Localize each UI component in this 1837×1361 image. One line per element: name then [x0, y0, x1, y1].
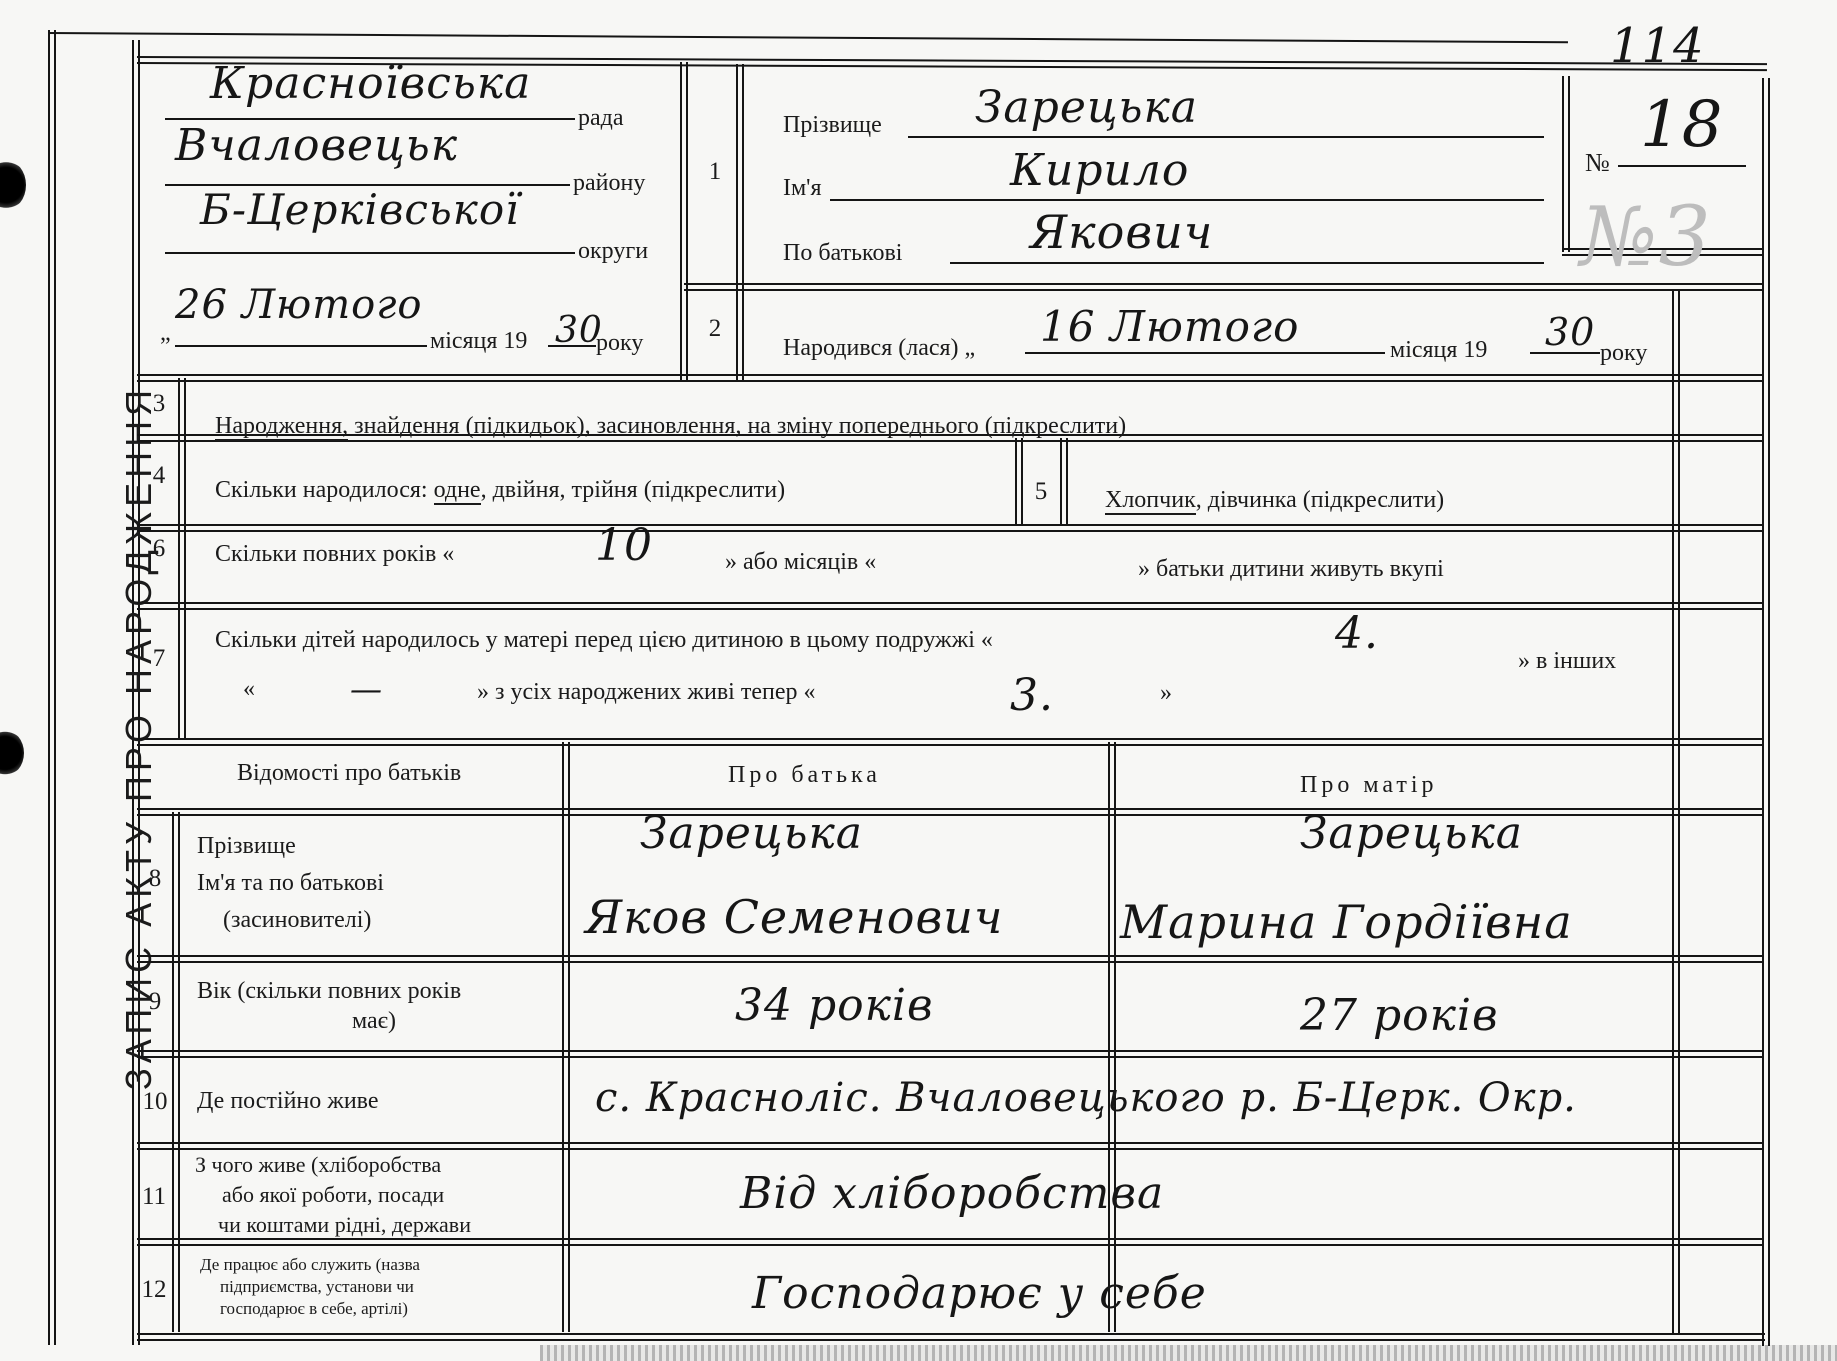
- father-surname: Зарецька: [640, 808, 863, 859]
- row9-label-line2: має): [352, 1008, 396, 1035]
- child-patronymic: Якович: [1030, 205, 1213, 259]
- punch-hole: [0, 160, 26, 210]
- parents-num-col-divider: [172, 812, 180, 1332]
- outer-top-border: [48, 32, 1568, 43]
- year-label: року: [596, 330, 643, 357]
- row8-label-line2: Ім'я та по батькові: [197, 870, 384, 897]
- date-line: [175, 345, 427, 347]
- children-other-marriage: —: [350, 670, 383, 708]
- row7-line1: Скільки дітей народилось у матері перед …: [215, 627, 993, 654]
- record-number-line: [1618, 165, 1746, 167]
- row7-bottom-line: [137, 738, 1764, 746]
- row12-label-line3: господарює в себе, артілі): [220, 1298, 408, 1320]
- main-right-border: [1762, 78, 1770, 1346]
- number-col-divider: [736, 64, 744, 380]
- row-number: 6: [142, 535, 176, 563]
- birth-year-label: року: [1600, 340, 1647, 367]
- row-number: 9: [140, 988, 170, 1016]
- row5-selected-option: Хлопчик: [1105, 487, 1196, 515]
- row-number: 7: [142, 645, 176, 673]
- row-number: 11: [137, 1183, 171, 1211]
- row4-5-divider-a: [1015, 438, 1023, 524]
- row9-bottom-line: [137, 1050, 1764, 1058]
- birth-year: 30: [1545, 310, 1595, 354]
- born-label: Народився (лася) „: [783, 335, 975, 362]
- row11-label-line3: чи коштами рідні, держави: [218, 1212, 471, 1238]
- father-age: 34 років: [735, 980, 934, 1031]
- name-label: Ім'я: [783, 175, 822, 202]
- okruha-value: Б-Церківської: [200, 185, 520, 234]
- row9-label-line1: Вік (скільки повних років: [197, 978, 461, 1005]
- row4-5-divider-b: [1060, 438, 1068, 524]
- row12-label-line1: Де працює або служить (назва: [200, 1254, 420, 1276]
- punch-hole: [0, 730, 24, 776]
- row6-label3: » батьки дитини живуть вкупі: [1138, 556, 1444, 583]
- mother-surname: Зарецька: [1300, 808, 1523, 859]
- mother-name: Марина Гордіївна: [1120, 895, 1573, 949]
- row-number: 3: [142, 390, 176, 418]
- date-open-quote: „: [160, 320, 171, 347]
- torn-paper-edge: [540, 1345, 1837, 1361]
- row-number: 8: [140, 865, 170, 893]
- row11-label-line1: З чого живе (хліборобства: [195, 1152, 441, 1178]
- row10-label: Де постійно живе: [197, 1088, 379, 1115]
- header-parents-info: Відомості про батьків: [237, 760, 461, 787]
- row6-label1: Скільки повних років «: [215, 541, 454, 568]
- workplace-value: Господарює у себе: [752, 1268, 1207, 1319]
- row7-line2-start: «: [243, 676, 255, 703]
- mother-age: 27 років: [1300, 990, 1499, 1041]
- num-col-divider-lower: [178, 378, 186, 740]
- row3-options: знайдення (підкидьок), засиновлення, на …: [348, 413, 1126, 439]
- row12-label-line2: підприємства, установи чи: [220, 1276, 414, 1298]
- row11-bottom-line: [137, 1238, 1764, 1246]
- patronymic-label: По батькові: [783, 240, 902, 267]
- birth-date: 16 Лютого: [1040, 302, 1299, 351]
- row7-line1-end: » в інших: [1518, 648, 1616, 675]
- surname-line: [908, 136, 1544, 138]
- row3-selected-option: Народження,: [215, 413, 348, 441]
- child-name: Кирило: [1010, 145, 1189, 196]
- row-number: 1: [700, 158, 730, 186]
- livelihood-value: Від хліборобства: [740, 1168, 1164, 1219]
- row5-options: , дівчинка (підкреслити): [1196, 487, 1444, 513]
- row11-label-line2: або якої роботи, посади: [222, 1182, 444, 1208]
- years-together-value: 10: [595, 520, 653, 571]
- row4-text: Скільки народилося: одне, двійня, трійня…: [215, 477, 785, 504]
- row7-line2-mid: » з усіх народжених живі тепер «: [477, 679, 815, 706]
- header-mother: Про матір: [1300, 772, 1438, 799]
- birth-year-line: [1530, 352, 1600, 354]
- record-box-left: [1562, 76, 1570, 252]
- raion-label: району: [573, 170, 645, 197]
- rada-label: рада: [578, 105, 624, 132]
- raion-value: Вчаловецьк: [175, 120, 458, 171]
- row10-bottom-line: [137, 1142, 1764, 1150]
- year-line: [548, 345, 596, 347]
- row5-text: Хлопчик, дівчинка (підкреслити): [1105, 487, 1444, 514]
- residence-value: с. Красноліс. Вчаловецького р. Б-Церк. О…: [595, 1075, 1577, 1121]
- children-alive: 3.: [1010, 670, 1054, 721]
- header-father: Про батька: [728, 762, 881, 789]
- month-label: місяця 19: [430, 328, 527, 355]
- faint-stamp: №3: [1580, 190, 1712, 285]
- okruha-line: [165, 252, 575, 254]
- top-left-divider: [680, 62, 688, 380]
- row8-label-line3: (засиновителі): [223, 907, 371, 934]
- corner-annotation: 114: [1610, 18, 1705, 74]
- row2-bottom-line: [137, 374, 1764, 382]
- row-number: 5: [1024, 478, 1058, 506]
- row-number: 10: [138, 1088, 172, 1116]
- row4-prefix: Скільки народилося:: [215, 477, 434, 503]
- patronymic-line: [950, 262, 1544, 264]
- father-name: Яков Семенович: [585, 890, 1004, 944]
- row6-label2: » або місяців «: [725, 549, 876, 576]
- row4-options: , двійня, трійня (підкреслити): [481, 477, 786, 503]
- row4-selected-option: одне: [434, 477, 481, 505]
- birth-month-label: місяця 19: [1390, 337, 1487, 364]
- okruha-label: округи: [578, 238, 648, 265]
- row-number: 4: [142, 462, 176, 490]
- children-this-marriage: 4.: [1335, 608, 1379, 659]
- surname-label: Прізвище: [783, 112, 882, 139]
- child-surname: Зарецька: [975, 82, 1198, 133]
- outer-left-border: [48, 30, 56, 1345]
- name-line: [830, 199, 1544, 201]
- row6-bottom-line: [137, 602, 1764, 610]
- record-number-label: №: [1585, 148, 1610, 178]
- main-bottom-border: [137, 1333, 1765, 1341]
- row-number: 2: [700, 315, 730, 343]
- row-number: 12: [137, 1276, 171, 1304]
- row7-line2-end: »: [1160, 680, 1172, 707]
- row8-label-line1: Прізвище: [197, 833, 296, 860]
- registration-date: 26 Лютого: [175, 282, 423, 328]
- record-number: 18: [1640, 88, 1723, 162]
- rada-value: Красноївська: [210, 58, 531, 109]
- row4-bottom-line: [137, 524, 1764, 532]
- row8-bottom-line: [137, 955, 1764, 963]
- birth-date-line: [1025, 352, 1385, 354]
- row3-text: Народження, знайдення (підкидьок), засин…: [215, 413, 1126, 440]
